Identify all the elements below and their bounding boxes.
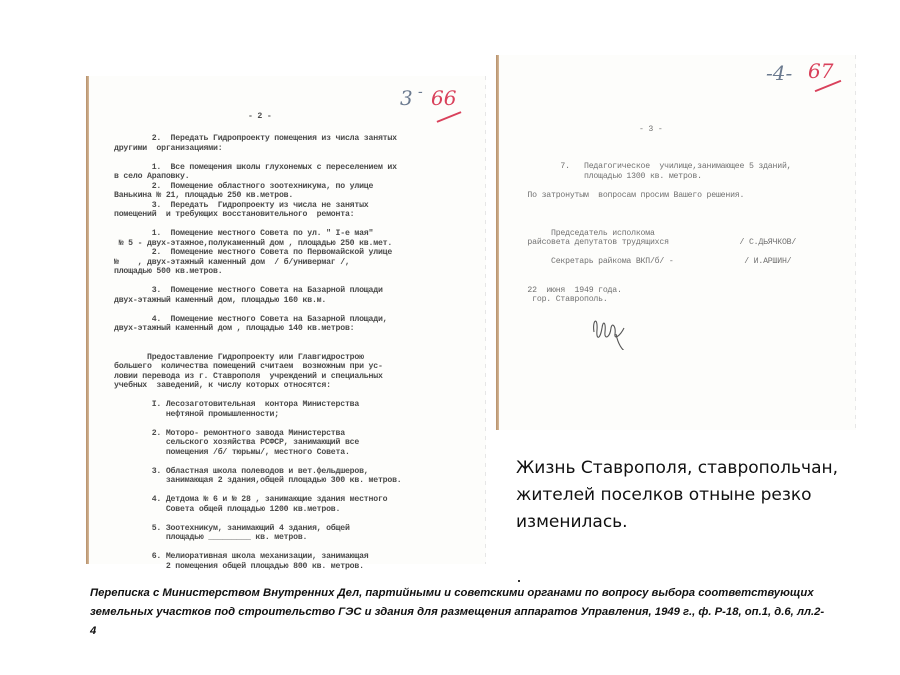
archive-sheet-number: -4- [766,61,792,85]
slide-comment: Жизнь Ставрополя, ставропольчан, жителей… [516,455,886,536]
archive-red-number: 66 [431,86,456,110]
page-edge [496,55,499,430]
signature [588,310,638,350]
archival-page-2: 3 - 66 - 2 - 2. Передать Гидропроекту по… [86,76,486,564]
page-header: - 2 - [248,112,272,122]
stamp-dash: - [418,84,423,100]
archive-red-number: 67 [808,59,833,83]
archival-page-3: -4- 67 - 3 - 7. Педагогическое училище,з… [496,55,856,430]
archive-caption: Переписка с Министерством Внутренних Дел… [90,584,830,641]
speck [518,580,520,582]
page-edge [86,76,89,564]
red-underline [437,111,462,123]
archive-sheet-number: 3 [400,86,413,110]
typed-body: 7. Педагогическое училище,занимающее 5 з… [518,162,796,305]
page-fold [855,55,856,430]
typed-body: 2. Передать Гидропроекту помещения из чи… [114,134,402,571]
page-fold [485,76,486,564]
page-header: - 3 - [639,125,663,135]
